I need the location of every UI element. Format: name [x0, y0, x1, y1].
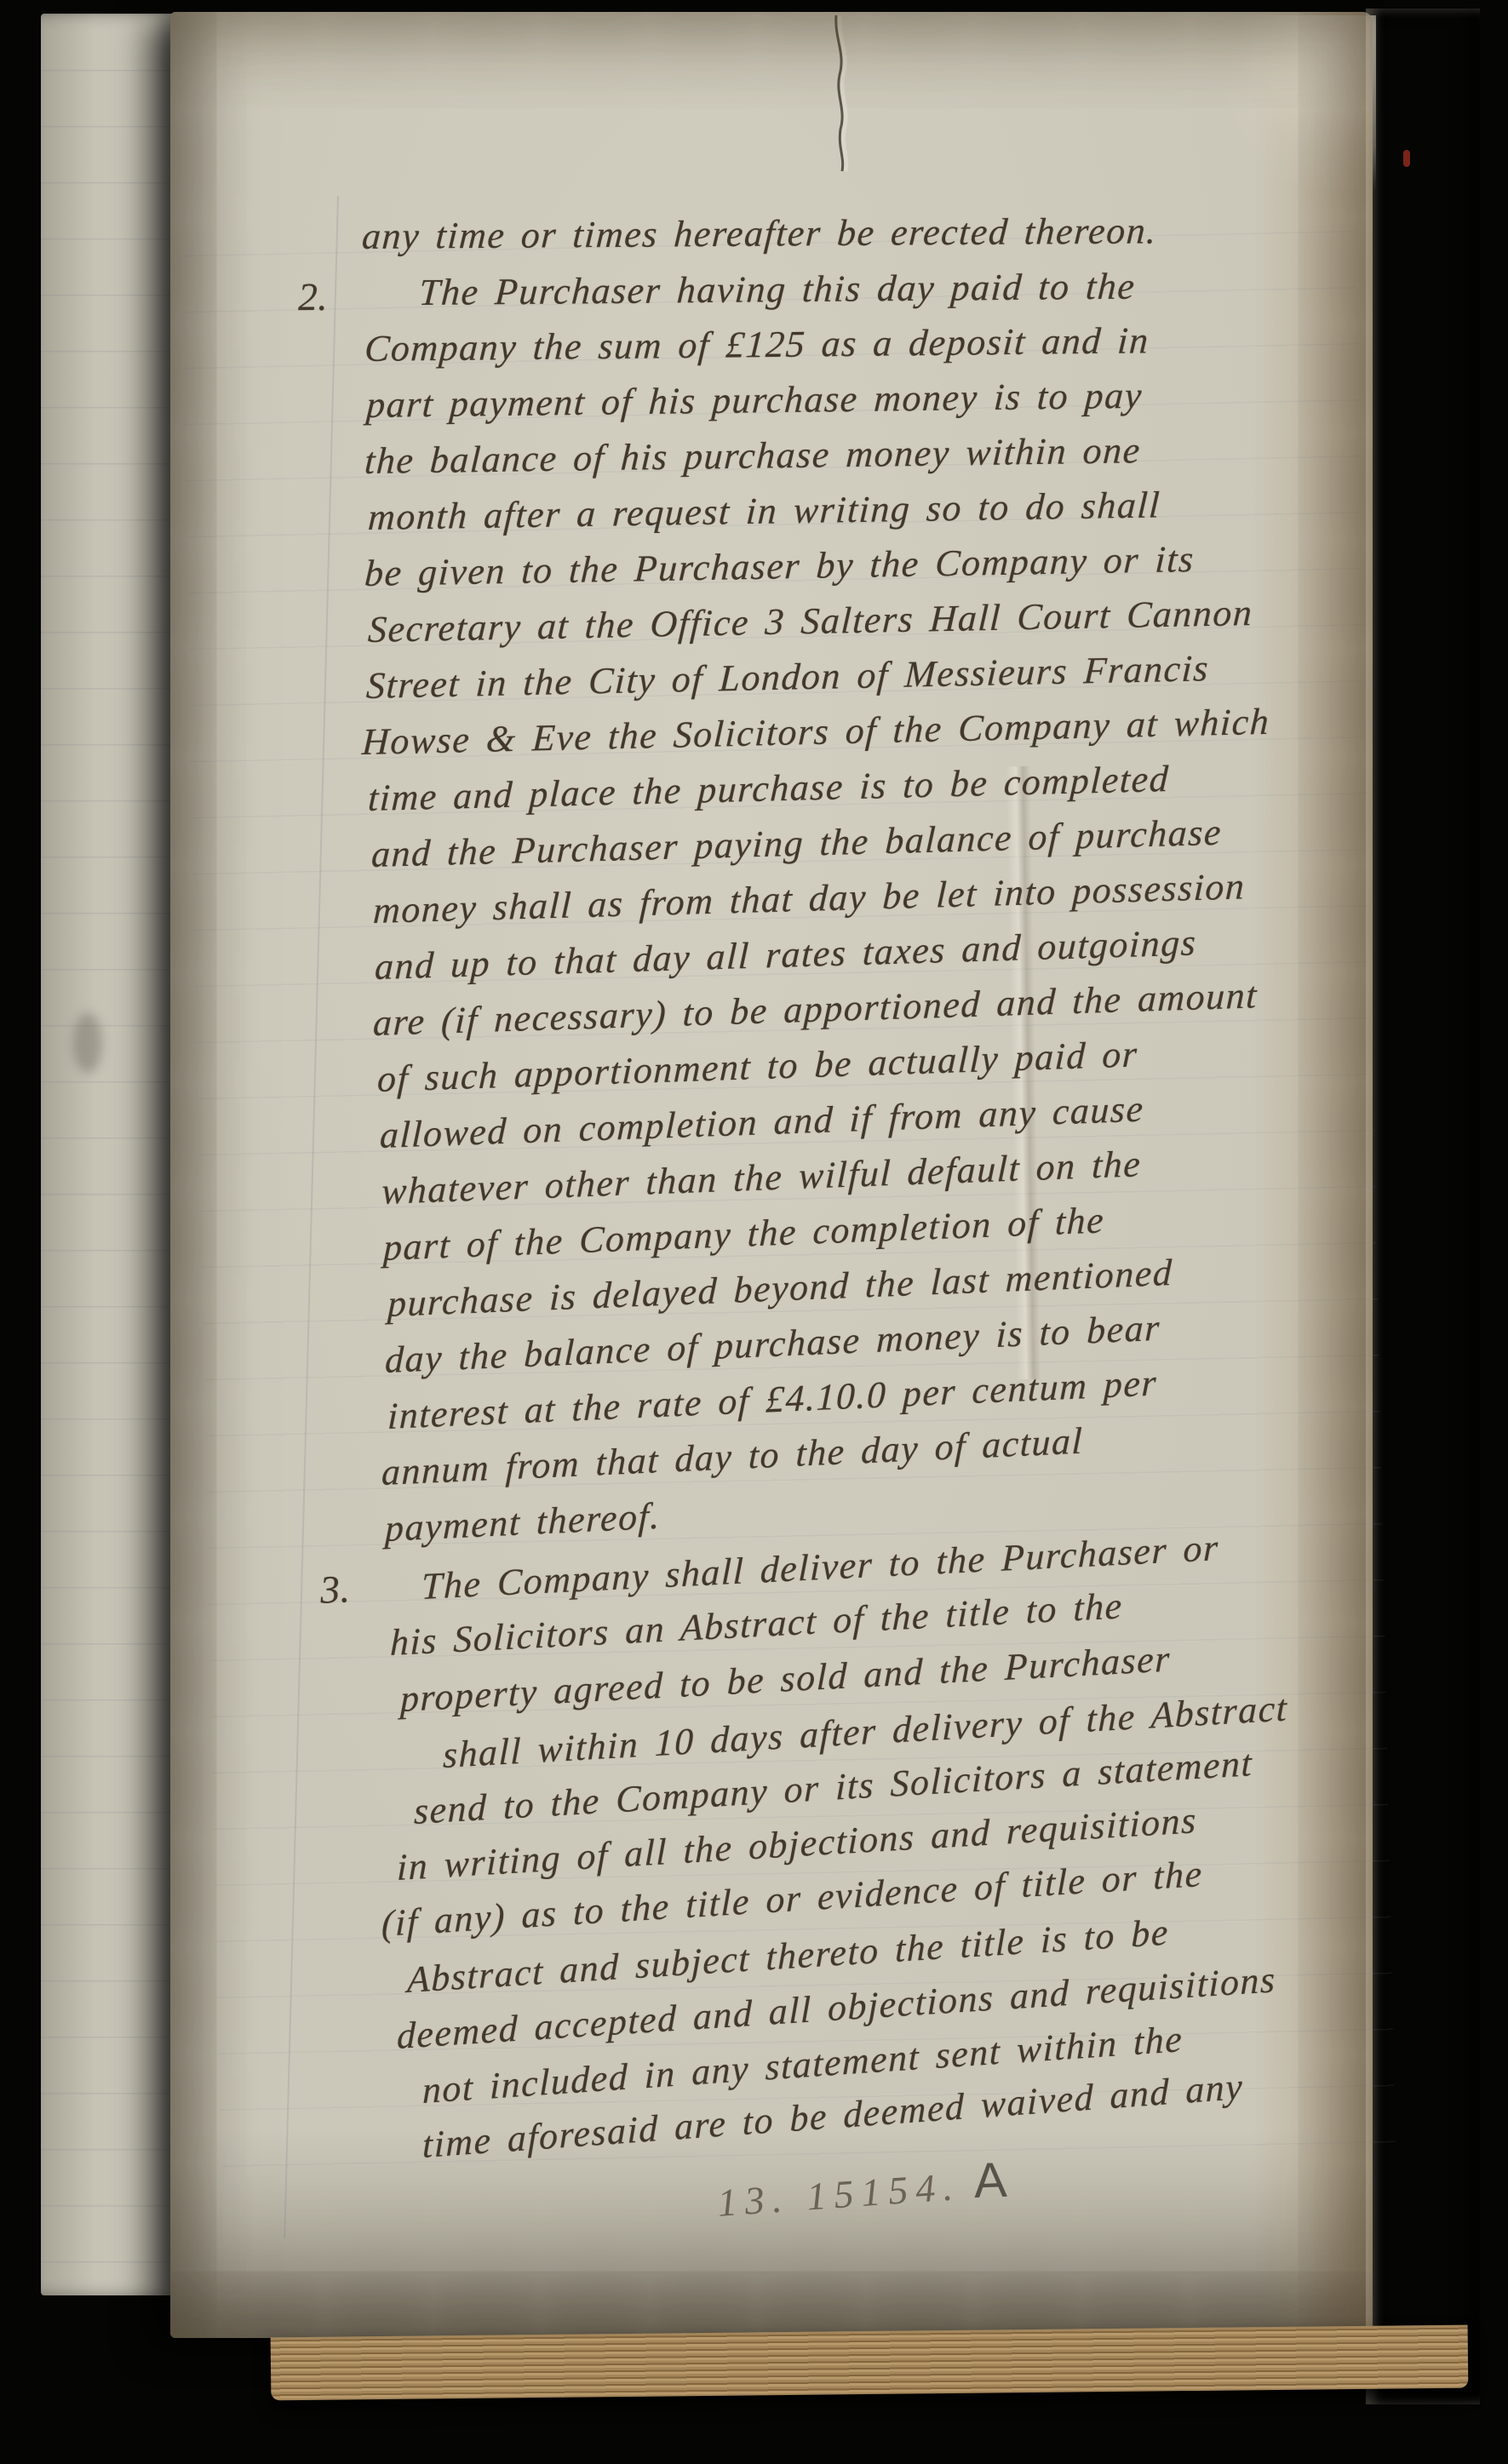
manuscript-line: The Purchaser having this day paid to th… [418, 265, 1137, 314]
catalog-notation-letter: A [972, 2152, 1007, 2209]
paper-smudge [73, 1013, 102, 1073]
page-bottom-edges [271, 2325, 1469, 2401]
paper-tear-icon [811, 15, 879, 173]
book-fore-edge [1366, 9, 1480, 2404]
adjacent-page-edge [41, 14, 175, 2295]
manuscript-line: any time or times hereafter be erected t… [361, 209, 1159, 258]
book-photograph: 2. 3. any time or times hereafter be ere… [0, 0, 1508, 2464]
manuscript-line: Company the sum of £125 as a deposit and… [364, 318, 1150, 370]
clause-3-number: 3. [319, 1566, 351, 1613]
red-mark [1403, 150, 1410, 167]
clause-2-number: 2. [298, 274, 328, 319]
